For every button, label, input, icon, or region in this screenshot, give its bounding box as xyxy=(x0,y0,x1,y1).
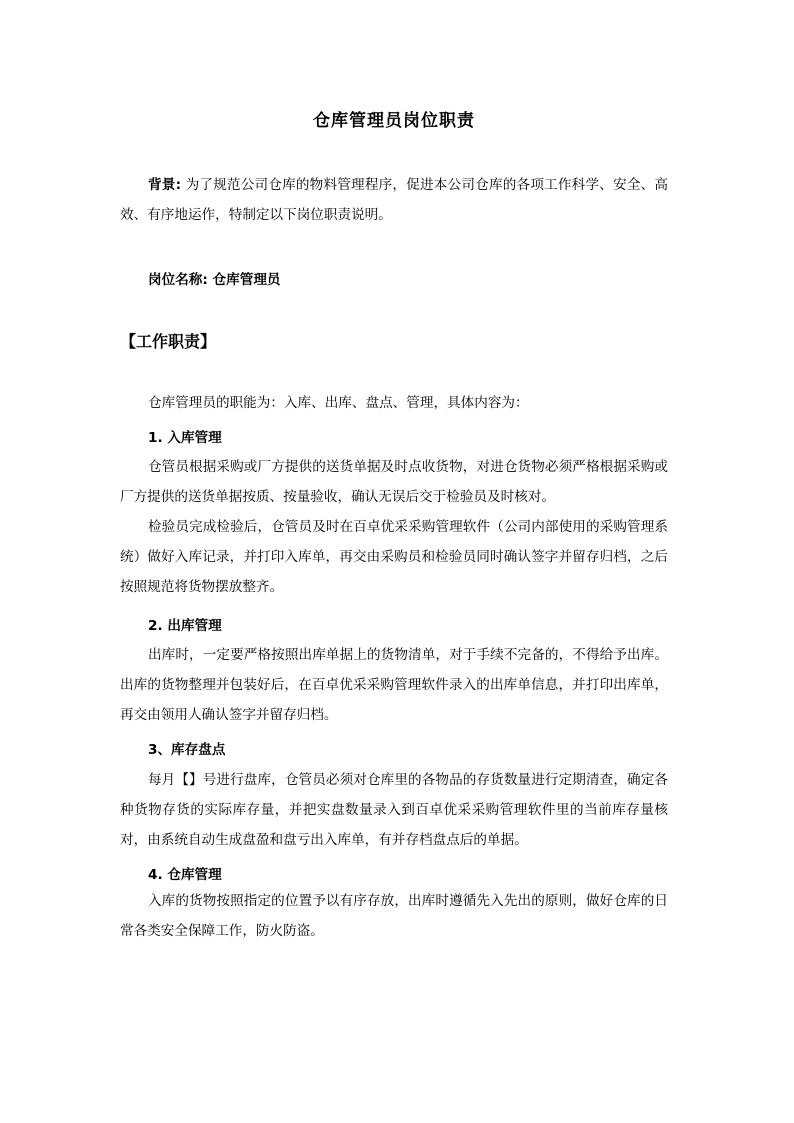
position-value: 仓库管理员 xyxy=(213,272,281,288)
background-text: 为了规范公司仓库的物料管理程序，促进本公司仓库的各项工作科学、安全、高效、有序地… xyxy=(120,177,668,223)
item-1-paragraph-1: 仓管员根据采购或厂方提供的送货单据及时点收货物，对进仓货物必须严格根据采购或厂方… xyxy=(120,452,668,512)
item-2-paragraph-1: 出库时，一定要严格按照出库单据上的货物清单，对于手续不完备的，不得给予出库。出库… xyxy=(120,640,668,730)
item-heading-3: 3、库存盘点 xyxy=(148,738,225,758)
position-label: 岗位名称: xyxy=(148,272,208,288)
background-label: 背景: xyxy=(148,177,181,193)
background-paragraph: 背景: 为了规范公司仓库的物料管理程序，促进本公司仓库的各项工作科学、安全、高效… xyxy=(120,170,668,230)
section-title: 【工作职责】 xyxy=(120,329,216,352)
intro-paragraph: 仓库管理员的职能为：入库、出库、盘点、管理，具体内容为： xyxy=(120,388,668,418)
item-4-paragraph-1: 入库的货物按照指定的位置予以有序存放，出库时遵循先入先出的原则，做好仓库的日常各… xyxy=(120,886,668,946)
item-heading-4: 4. 仓库管理 xyxy=(148,863,222,883)
position-line: 岗位名称: 仓库管理员 xyxy=(148,268,281,288)
item-1-paragraph-2: 检验员完成检验后，仓管员及时在百卓优采采购管理软件（公司内部使用的采购管理系统）… xyxy=(120,512,668,602)
document-title: 仓库管理员岗位职责 xyxy=(120,106,668,131)
item-heading-1: 1. 入库管理 xyxy=(148,426,222,446)
item-heading-2: 2. 出库管理 xyxy=(148,614,222,634)
item-3-paragraph-1: 每月【】号进行盘库，仓管员必须对仓库里的各物品的存货数量进行定期清查，确定各种货… xyxy=(120,765,668,855)
